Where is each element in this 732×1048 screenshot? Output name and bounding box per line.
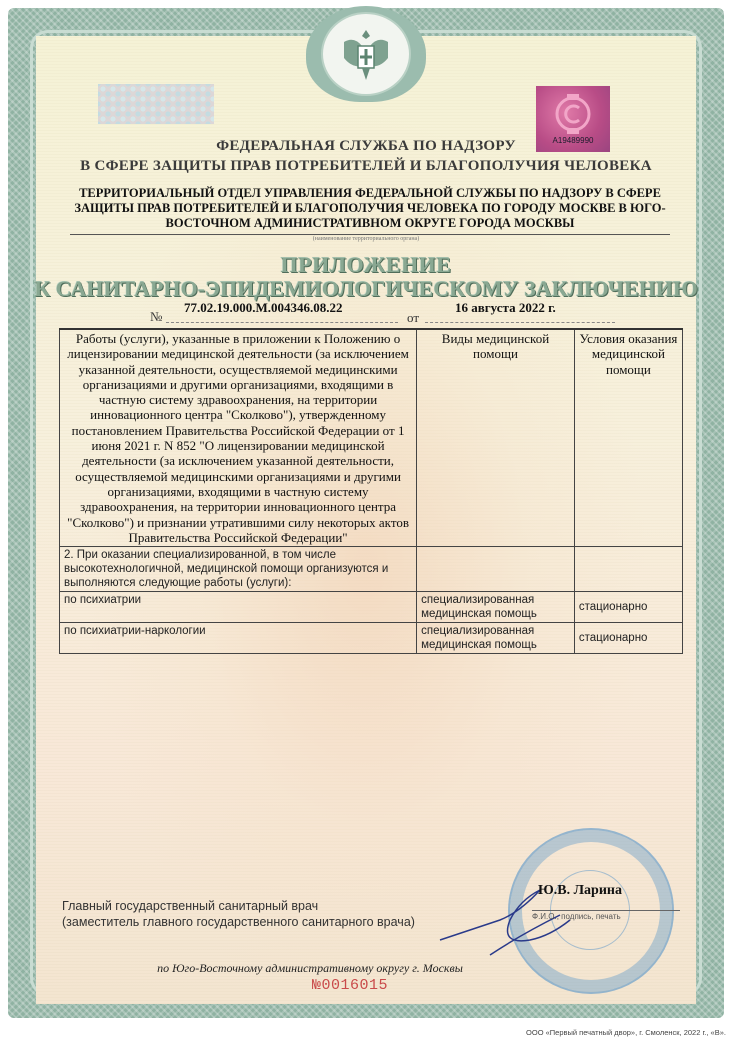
col-header-type: Виды медицинской помощи (417, 329, 575, 547)
form-serial-number: №0016015 (312, 977, 388, 994)
document-subtitle: К САНИТАРНО-ЭПИДЕМИОЛОГИЧЕСКОМУ ЗАКЛЮЧЕН… (0, 276, 732, 302)
conclusion-number: 77.02.19.000.М.004346.08.22 (184, 300, 343, 316)
eagle-coat-of-arms-icon (321, 12, 411, 96)
reference-row: № 77.02.19.000.М.004346.08.22 от 16 авгу… (0, 300, 732, 324)
care-type: специализированная медицинская помощь (417, 623, 575, 654)
signer-role: Главный государственный санитарный врач … (62, 898, 415, 930)
number-underline (166, 322, 398, 323)
empty-cell (574, 547, 682, 592)
empty-cell (417, 547, 575, 592)
service-name: по психиатрии (60, 592, 417, 623)
signer-role-line2: (заместитель главного государственного с… (62, 914, 415, 930)
table-header-row: Работы (услуги), указанные в приложении … (60, 329, 683, 547)
emblem-badge (306, 6, 426, 102)
signer-name: Ю.В. Ларина (538, 883, 622, 899)
territorial-body-caption: (наименование территориального органа) (0, 236, 732, 242)
printer-note: ООО «Первый печатный двор», г. Смоленск,… (526, 1028, 726, 1037)
document-title: ПРИЛОЖЕНИЕ (0, 252, 732, 278)
signer-role-line1: Главный государственный санитарный врач (62, 898, 415, 914)
divider (70, 234, 670, 235)
date-underline (425, 322, 615, 323)
service-name: по психиатрии-наркологии (60, 623, 417, 654)
date-label: от (407, 310, 419, 326)
care-type: специализированная медицинская помощь (417, 592, 575, 623)
intro-cell: Работы (услуги), указанные в приложении … (60, 329, 417, 547)
services-table: Работы (услуги), указанные в приложении … (59, 328, 683, 654)
number-label: № (150, 309, 162, 325)
section-2-text: 2. При оказании специализированной, в то… (60, 547, 417, 592)
table-row: по психиатрии специализированная медицин… (60, 592, 683, 623)
section-row: 2. При оказании специализированной, в то… (60, 547, 683, 592)
signature-caption: Ф.И.О., подпись, печать (532, 910, 680, 921)
conclusion-date: 16 августа 2022 г. (455, 300, 556, 316)
agency-name-line1: ФЕДЕРАЛЬНАЯ СЛУЖБА ПО НАДЗОРУ (0, 138, 732, 155)
agency-name-line2: В СФЕРЕ ЗАЩИТЫ ПРАВ ПОТРЕБИТЕЛЕЙ И БЛАГО… (0, 158, 732, 175)
territorial-body-name: ТЕРРИТОРИАЛЬНЫЙ ОТДЕЛ УПРАВЛЕНИЯ ФЕДЕРАЛ… (70, 186, 670, 231)
care-conditions: стационарно (574, 623, 682, 654)
col-header-conditions: Условия оказания медицинской помощи (574, 329, 682, 547)
care-conditions: стационарно (574, 592, 682, 623)
district-text: по Юго-Восточному административному окру… (0, 961, 620, 976)
security-pattern (98, 84, 214, 124)
table-row: по психиатрии-наркологии специализирован… (60, 623, 683, 654)
